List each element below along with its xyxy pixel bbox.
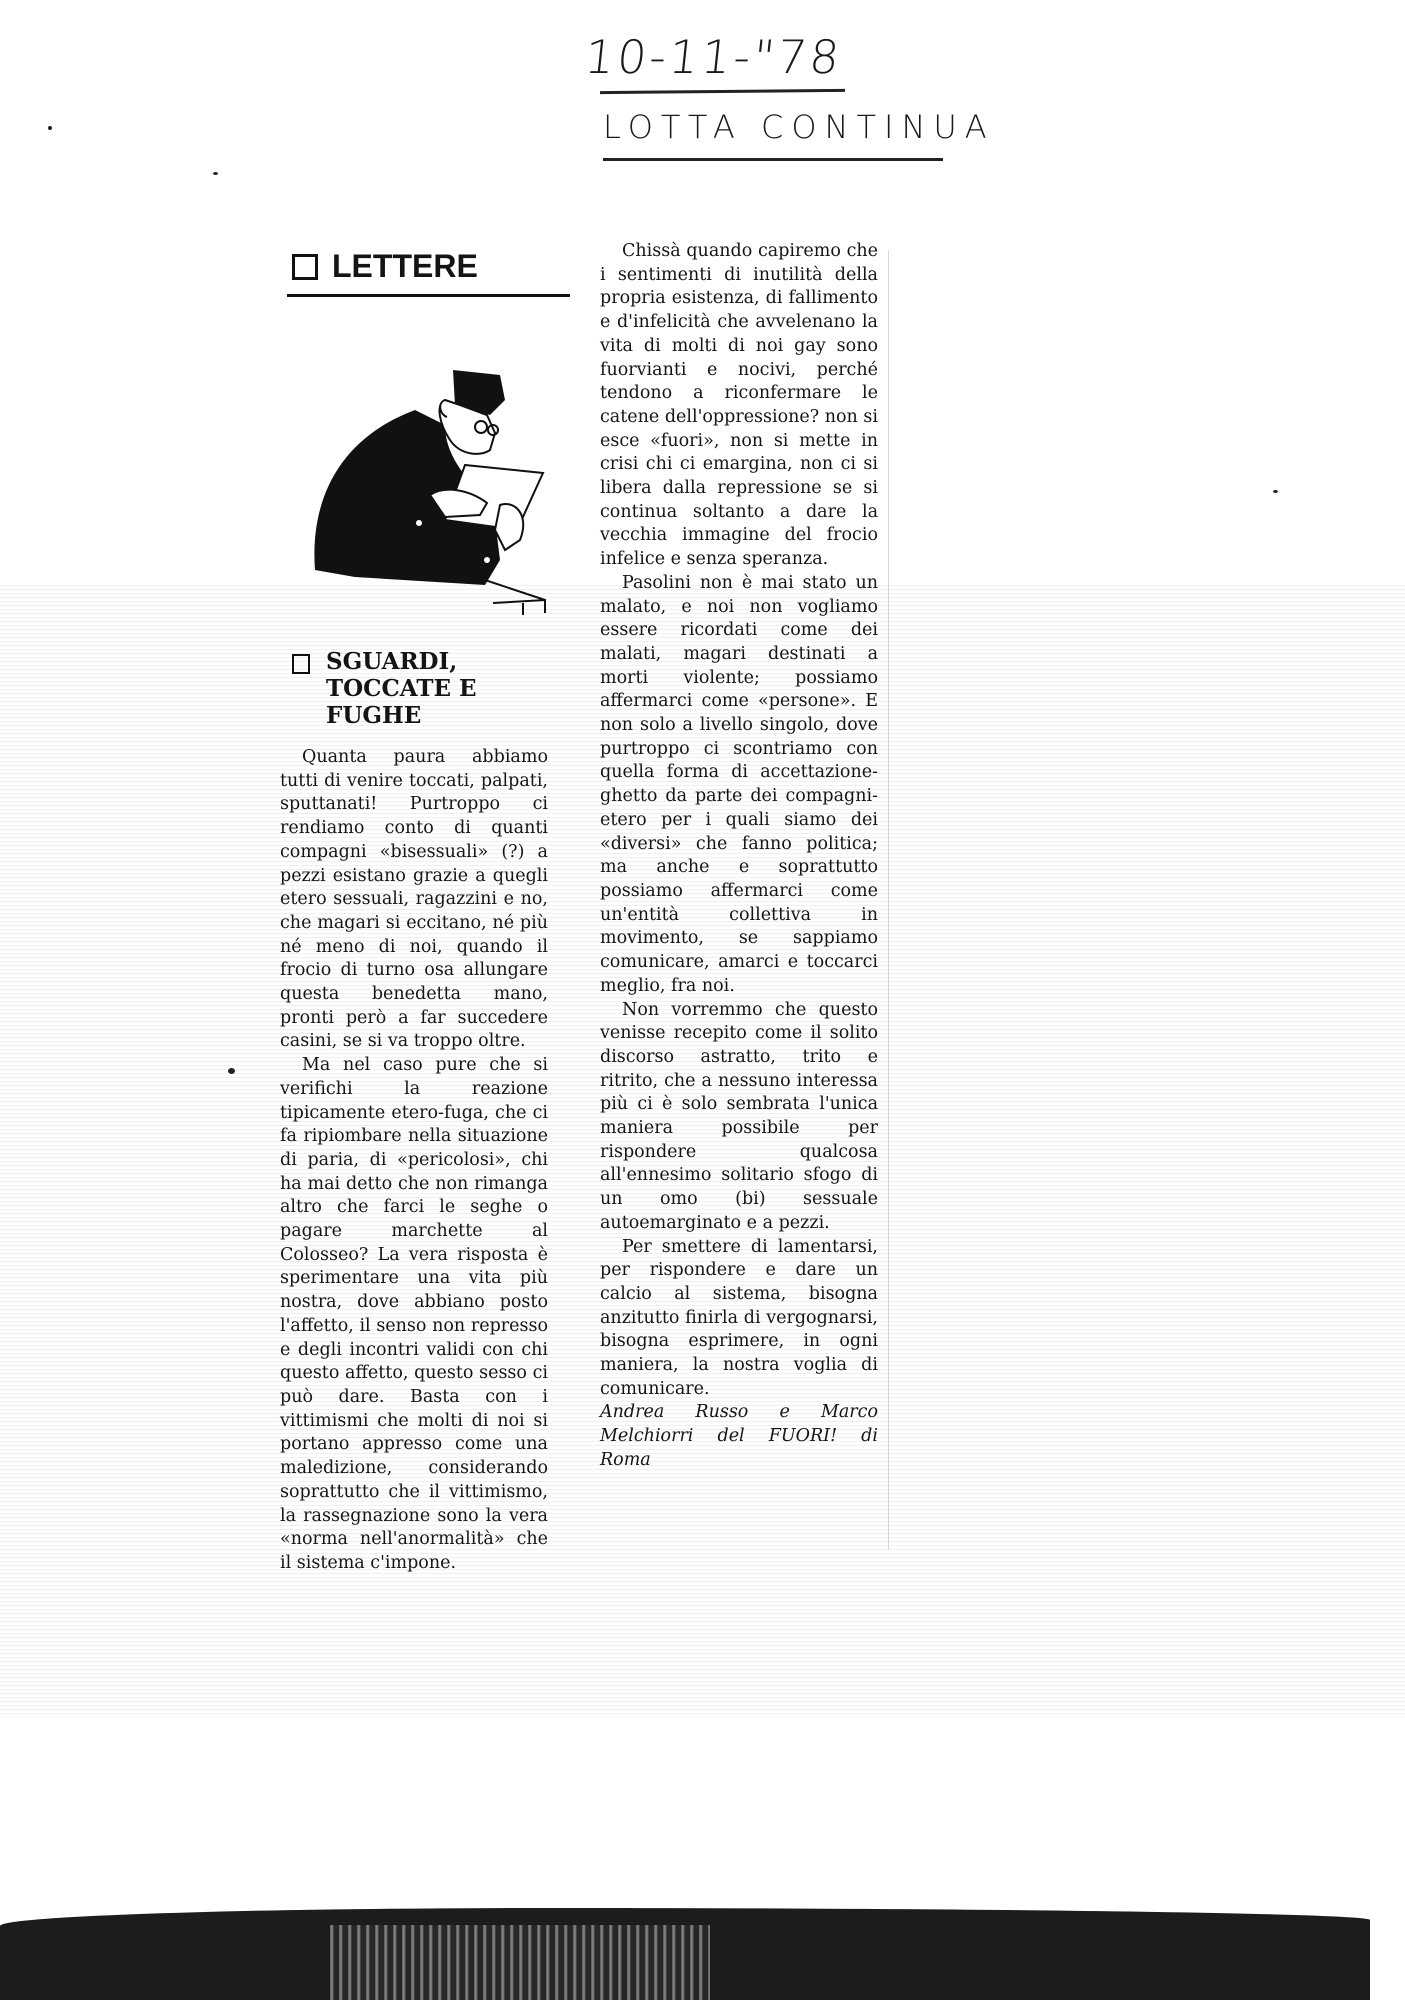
column-edge [888,250,889,1550]
article-paragraph: Ma nel caso pure che si verifichi la rea… [280,1054,548,1575]
article-right-column: Chissà quando capiremo che i sentimenti … [600,240,878,1473]
section-header: LETTERE [292,248,478,285]
scan-speck [213,172,218,175]
scanner-edge-texture [330,1925,710,2000]
scan-speck [228,1068,235,1074]
article-paragraph: Pasolini non è mai stato un malato, e no… [600,572,878,999]
article-title-line: TOCCATE E [326,675,477,702]
article-left-column: Quanta paura abbiamo tutti di venire toc… [280,746,548,1576]
date-underline [600,89,845,94]
empty-square-icon [292,654,310,674]
article-paragraph: Non vorremmo che questo venisse recepito… [600,999,878,1236]
empty-square-icon [292,254,318,280]
article-title-line: FUGHE [326,702,477,729]
newspaper-underline [603,158,943,161]
section-title: LETTERE [332,248,478,285]
cartoon-reader-illustration [295,345,550,615]
handwritten-date: 10-11-"78 [582,30,845,84]
article-title-line: SGUARDI, [326,648,477,675]
article-title: SGUARDI, TOCCATE E FUGHE [292,648,477,729]
article-signature: Andrea Russo e Marco Melchiorri del FUOR… [600,1401,878,1472]
scan-speck [48,126,52,130]
handwritten-newspaper-name: LOTTA CONTINUA [603,108,995,146]
article-paragraph: Quanta paura abbiamo tutti di venire toc… [280,746,548,1054]
scan-speck [1273,490,1278,493]
article-paragraph: Per smettere di lamentarsi, per risponde… [600,1236,878,1402]
article-paragraph: Chissà quando capiremo che i sentimenti … [600,240,878,572]
section-rule [287,294,570,297]
